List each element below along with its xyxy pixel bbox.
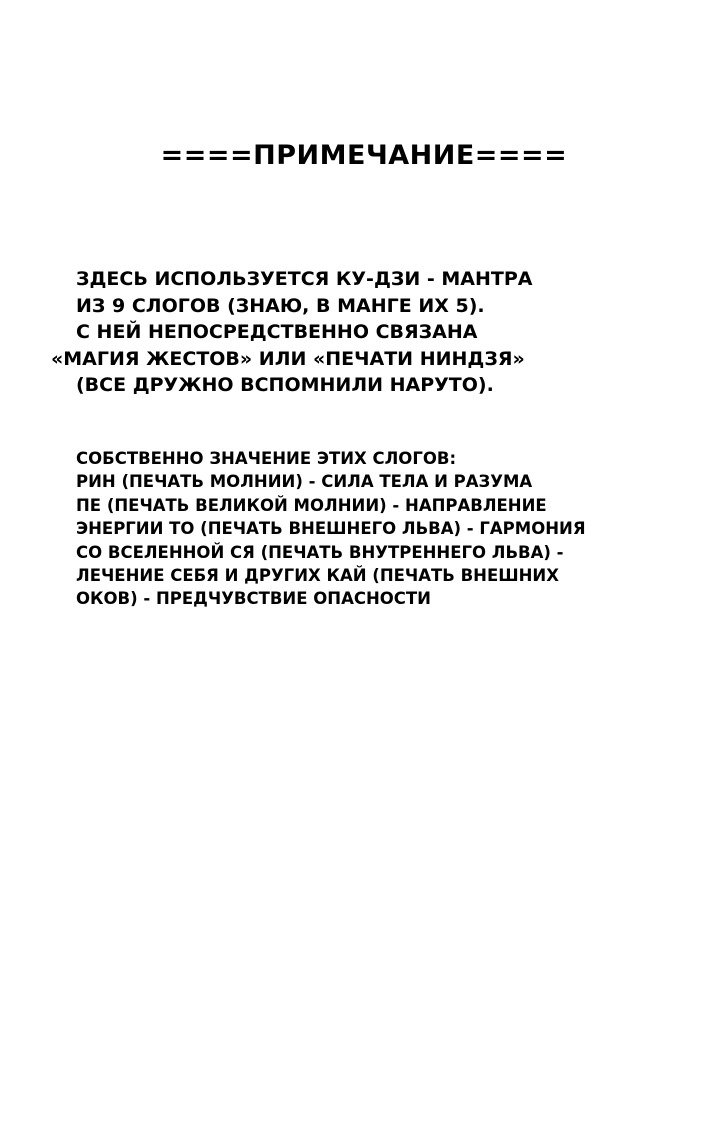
text-line: (ВСЕ ДРУЖНО ВСПОМНИЛИ НАРУТО). <box>76 372 532 399</box>
text-line: СО ВСЕЛЕННОЙ СЯ (ПЕЧАТЬ ВНУТРЕННЕГО ЛЬВА… <box>76 541 586 564</box>
text-line: СОБСТВЕННО ЗНАЧЕНИЕ ЭТИХ СЛОГОВ: <box>76 447 586 470</box>
text-line: ОКОВ) - ПРЕДЧУВСТВИЕ ОПАСНОСТИ <box>76 587 586 610</box>
syllables-paragraph: СОБСТВЕННО ЗНАЧЕНИЕ ЭТИХ СЛОГОВ: РИН (ПЕ… <box>76 447 586 611</box>
text-line: «МАГИЯ ЖЕСТОВ» ИЛИ «ПЕЧАТИ НИНДЗЯ» <box>51 346 532 373</box>
note-title: ====ПРИМЕЧАНИЕ==== <box>0 140 728 171</box>
text-line: ПЕ (ПЕЧАТЬ ВЕЛИКОЙ МОЛНИИ) - НАПРАВЛЕНИЕ <box>76 494 586 517</box>
text-line: ЗДЕСЬ ИСПОЛЬЗУЕТСЯ КУ-ДЗИ - МАНТРА <box>76 266 532 293</box>
text-line: РИН (ПЕЧАТЬ МОЛНИИ) - СИЛА ТЕЛА И РАЗУМА <box>76 470 586 493</box>
text-line: ЭНЕРГИИ ТО (ПЕЧАТЬ ВНЕШНЕГО ЛЬВА) - ГАРМ… <box>76 517 586 540</box>
text-line: ЛЕЧЕНИЕ СЕБЯ И ДРУГИХ КАЙ (ПЕЧАТЬ ВНЕШНИ… <box>76 564 586 587</box>
text-line: С НЕЙ НЕПОСРЕДСТВЕННО СВЯЗАНА <box>76 319 532 346</box>
text-line: ИЗ 9 СЛОГОВ (ЗНАЮ, В МАНГЕ ИХ 5). <box>76 293 532 320</box>
intro-paragraph: ЗДЕСЬ ИСПОЛЬЗУЕТСЯ КУ-ДЗИ - МАНТРА ИЗ 9 … <box>76 266 532 399</box>
